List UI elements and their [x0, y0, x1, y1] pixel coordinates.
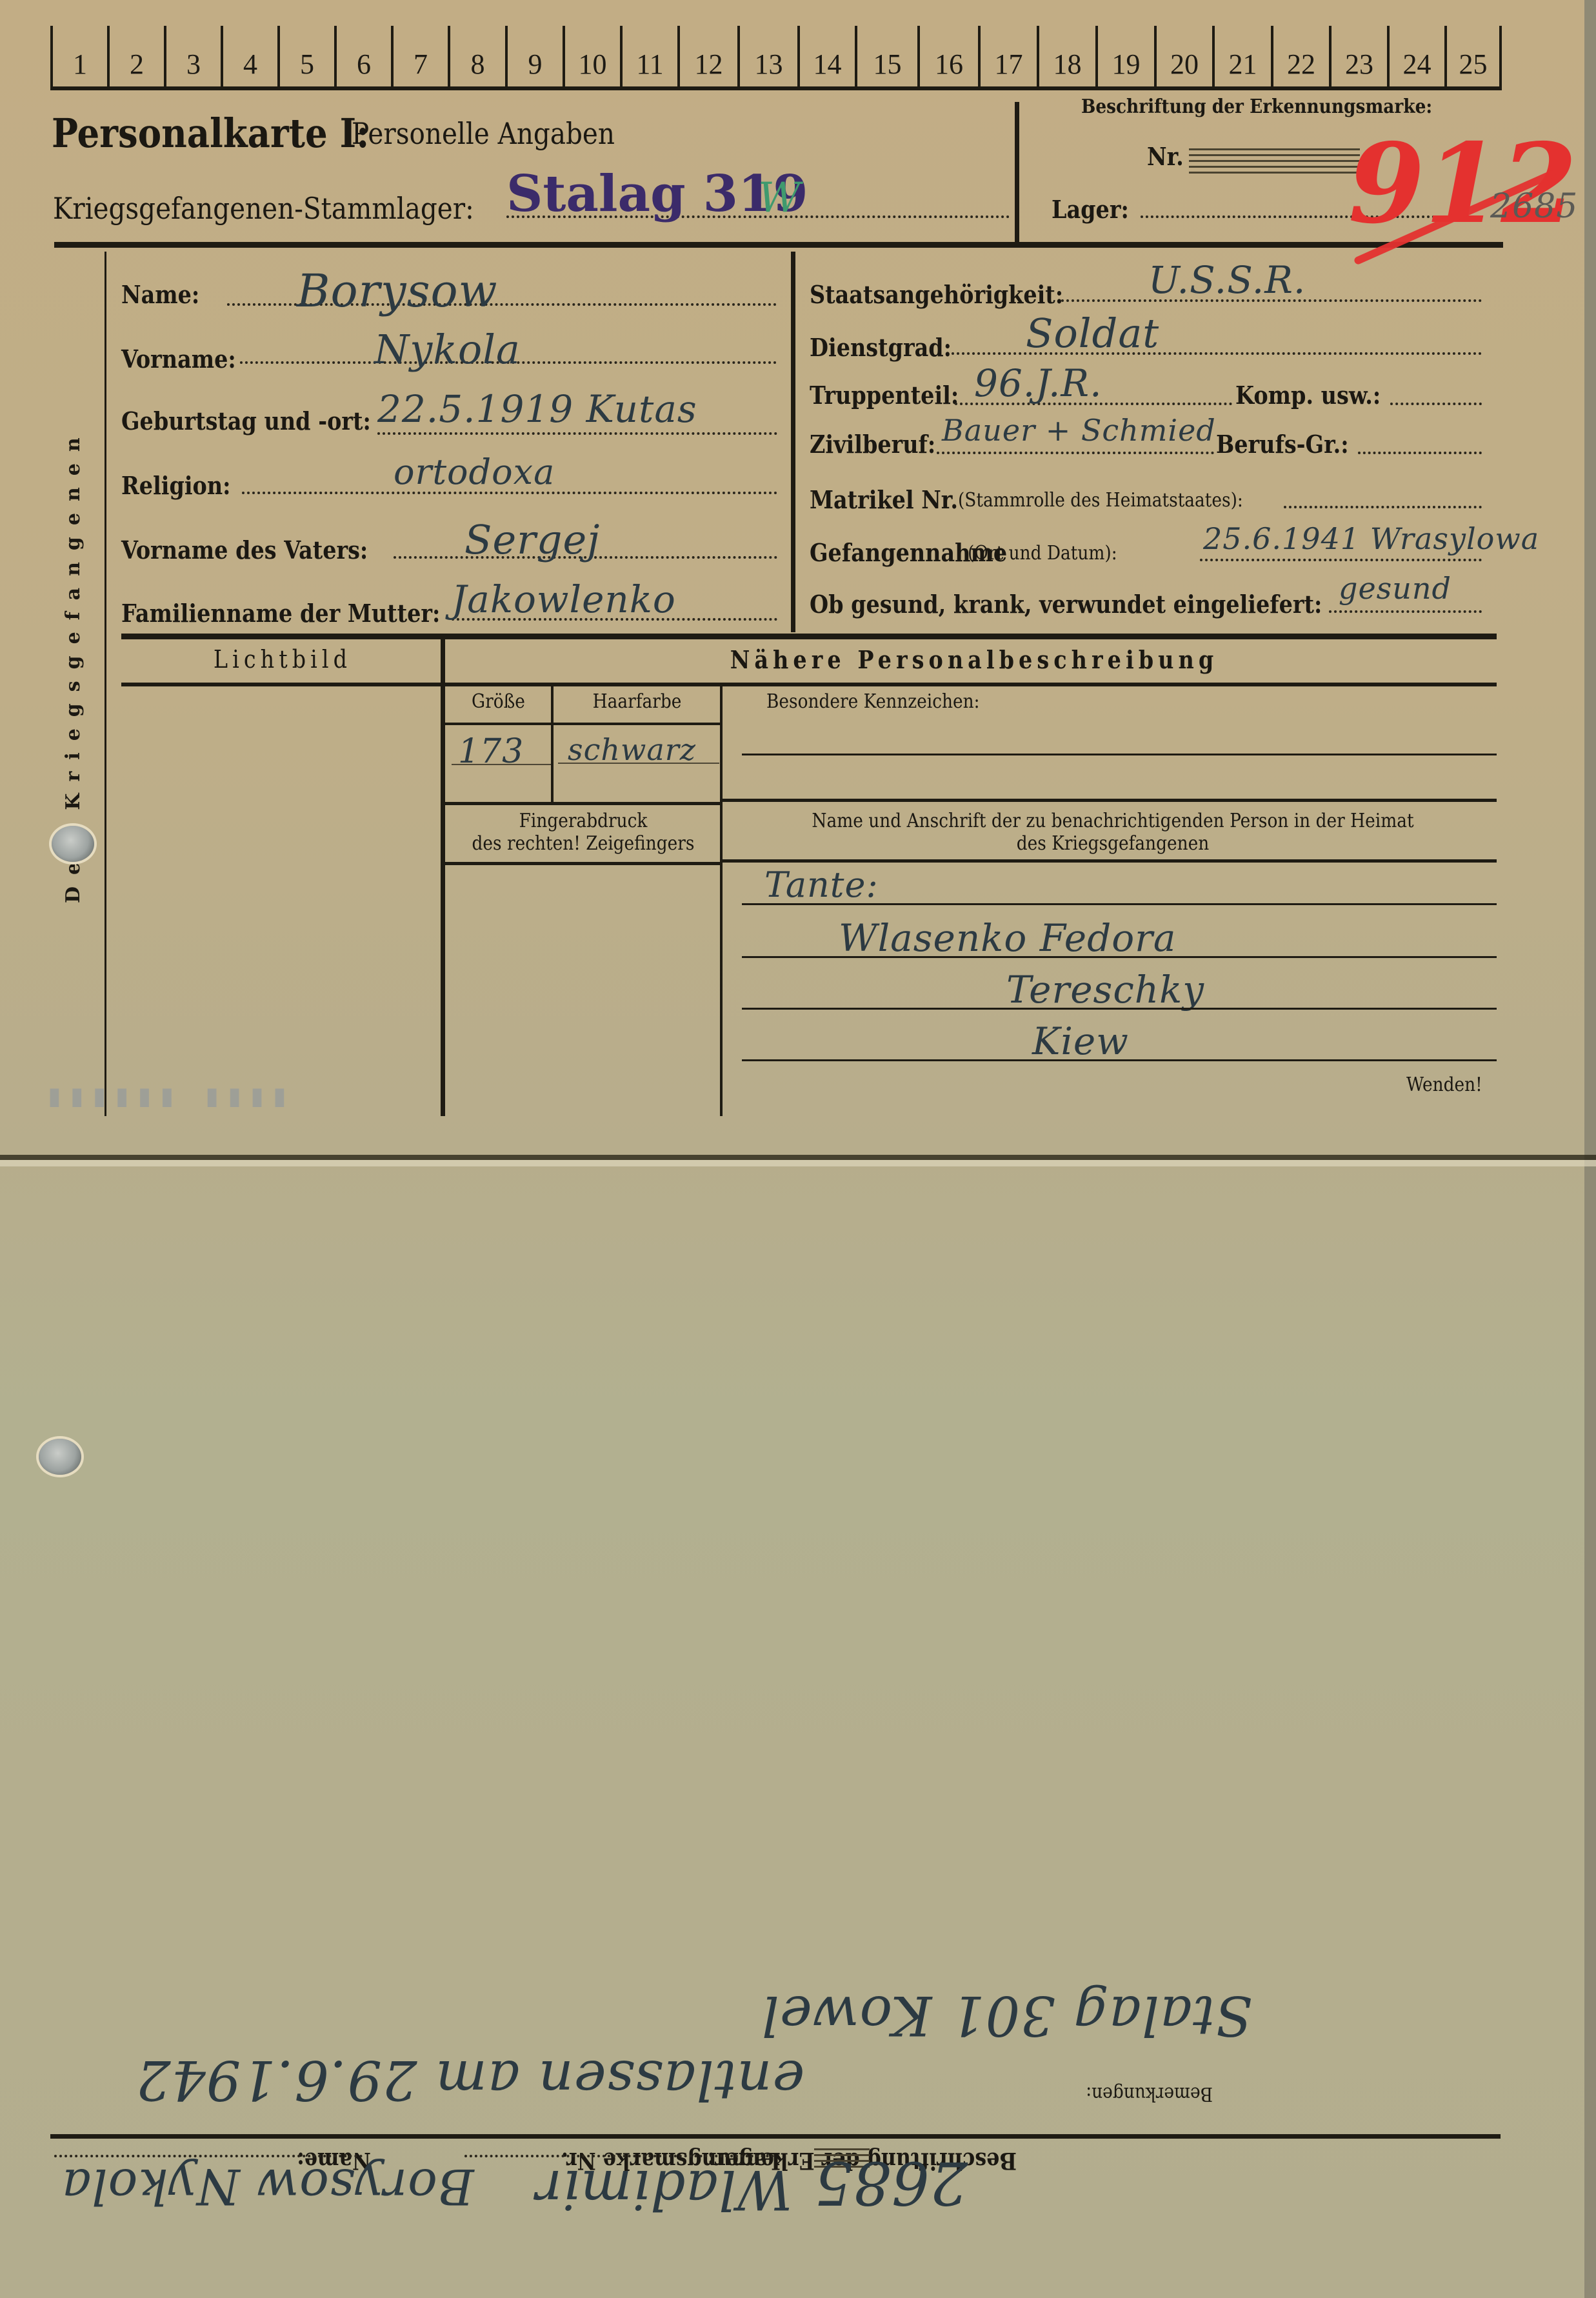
zivilberuf-dotted-line	[937, 452, 1214, 454]
matrikel-dotted-line	[1284, 506, 1482, 508]
geburt-label: Geburtstag und -ort:	[121, 406, 371, 435]
card-title: Personalkarte I:	[52, 110, 369, 157]
faded-stamp: ▮▮▮▮▮▮ ▮▮▮▮	[45, 1077, 293, 1114]
staat-label: Staatsangehörigkeit:	[810, 280, 1063, 309]
pencil-annotation: 2685	[1490, 187, 1578, 226]
kennzeichen-label: Besondere Kennzeichen:	[766, 690, 980, 713]
divider	[105, 252, 106, 1116]
contact-rule	[742, 1008, 1497, 1010]
zivilberuf-value: Bauer + Schmied	[942, 413, 1216, 448]
punch-hole	[52, 826, 94, 862]
divider	[1015, 102, 1019, 245]
camp-label: Kriegsgefangenen-Stammlager:	[53, 191, 474, 226]
column-number: 15	[855, 26, 917, 87]
divider	[445, 802, 721, 805]
geburt-value: 22.5.1919 Kutas	[377, 387, 697, 431]
divider	[50, 2134, 1501, 2139]
religion-value: ortodoxa	[394, 452, 555, 492]
column-number: 7	[391, 26, 448, 87]
naehere-label: Nähere Personalbeschreibung	[514, 645, 1434, 674]
fold-crease	[0, 1155, 1596, 1160]
komp-dotted-line	[1390, 403, 1482, 405]
divider	[445, 723, 721, 725]
contact-label-1: Name und Anschrift der zu benachrichtige…	[775, 810, 1450, 832]
gesund-label: Ob gesund, krank, verwundet eingeliefert…	[810, 590, 1322, 619]
contact-line: Tereschky	[1006, 968, 1204, 1012]
footer-name-value: Borysow Nykola	[61, 2158, 474, 2215]
haarfarbe-value: schwarz	[568, 732, 696, 767]
berufs-label: Berufs-Gr.:	[1216, 430, 1349, 459]
bemerkungen-label: Bemerkungen:	[1086, 2083, 1213, 2105]
contact-rule	[742, 956, 1497, 958]
gefangen-dotted-line	[1200, 559, 1482, 561]
finger-label-1: Fingerabdruck	[462, 810, 705, 832]
geburt-dotted-line	[377, 432, 777, 435]
vorname-label: Vorname:	[121, 345, 236, 374]
divider	[452, 764, 552, 765]
divider	[50, 86, 1502, 90]
contact-rule	[742, 1059, 1497, 1061]
punch-hole	[39, 1439, 81, 1475]
gefangen-value: 25.6.1941 Wrasylowa	[1203, 521, 1539, 556]
remark-stalag: Stalag 301 Kowel	[761, 1984, 1252, 2047]
fold-crease-highlight	[0, 1160, 1596, 1166]
column-number: 11	[620, 26, 677, 87]
column-number: 19	[1095, 26, 1154, 87]
haarfarbe-label: Haarfarbe	[564, 690, 709, 713]
contact-rule	[742, 903, 1497, 905]
matrikel-label: Matrikel Nr.	[810, 485, 958, 514]
scan-edge	[1584, 0, 1596, 2298]
contact-line: Tante:	[764, 864, 879, 905]
mutter-label: Familienname der Mutter:	[121, 599, 440, 628]
gesund-value: gesund	[1339, 571, 1451, 606]
wenden-label: Wenden!	[1406, 1074, 1482, 1096]
gefangen-sub-label: (Ort und Datum):	[968, 542, 1117, 565]
vater-label: Vorname des Vaters:	[121, 535, 368, 565]
column-number: 10	[563, 26, 620, 87]
divider	[723, 859, 1497, 863]
divider	[445, 862, 721, 865]
divider	[441, 639, 445, 1116]
column-number: 6	[334, 26, 391, 87]
divider	[791, 252, 795, 632]
footer-lager-value: Wladimir	[535, 2158, 793, 2221]
truppenteil-value: 96.J.R.	[974, 361, 1102, 405]
dogtag-lager-label: Lager:	[1052, 195, 1129, 224]
divider	[551, 686, 554, 804]
divider	[54, 242, 1503, 248]
column-number: 17	[978, 26, 1037, 87]
dienstgrad-value: Soldat	[1026, 310, 1159, 357]
column-number: 12	[677, 26, 737, 87]
column-number: 21	[1212, 26, 1271, 87]
column-number: 22	[1271, 26, 1329, 87]
column-number: 20	[1154, 26, 1212, 87]
column-number: 23	[1329, 26, 1387, 87]
contact-label-2: des Kriegsgefangenen	[775, 832, 1450, 855]
lichtbild-label: Lichtbild	[141, 645, 424, 674]
finger-label-2: des rechten! Zeigefingers	[462, 832, 705, 855]
staat-value: U.S.S.R.	[1148, 258, 1306, 302]
column-number: 13	[737, 26, 797, 87]
remark-entlassen: entlassen am 29.6.1942	[135, 2048, 804, 2112]
column-number: 3	[164, 26, 221, 87]
name-label: Name:	[121, 280, 199, 309]
mutter-value: Jakowlenko	[452, 577, 676, 621]
komp-label: Komp. usw.:	[1235, 381, 1381, 410]
vater-value: Sergej	[464, 516, 600, 563]
kennzeichen-line	[742, 754, 1497, 755]
column-number: 24	[1387, 26, 1444, 87]
column-number: 2	[107, 26, 164, 87]
vorname-value: Nykola	[374, 326, 521, 373]
berufs-dotted-line	[1358, 452, 1482, 454]
column-number: 14	[797, 26, 855, 87]
name-value: Borysow	[297, 265, 498, 317]
camp-stamp-suffix: W	[758, 174, 801, 222]
contact-line: Wlasenko Fedora	[839, 916, 1176, 960]
matrikel-sub-label: (Stammrolle des Heimatstaates):	[958, 489, 1243, 512]
column-number: 8	[448, 26, 505, 87]
pow-card: 1 2 3 4 5 6 7 8 9 10 11 12 13 14 15 16 1…	[0, 0, 1596, 2298]
red-annotation: 912	[1348, 119, 1577, 248]
groesse-value: 173	[458, 732, 524, 771]
column-number: 5	[277, 26, 334, 87]
footer-lager-dotted-line	[464, 2155, 774, 2157]
divider	[121, 683, 1497, 686]
groesse-label: Größe	[452, 690, 545, 713]
divider	[121, 634, 1497, 639]
footer-name-dotted-line	[54, 2155, 363, 2157]
gesund-dotted-line	[1329, 610, 1482, 613]
dogtag-heading: Beschriftung der Erkennungsmarke:	[1081, 95, 1432, 118]
card-subtitle: Personelle Angaben	[352, 116, 615, 151]
religion-label: Religion:	[121, 471, 231, 500]
dogtag-nr-label: Nr.	[1147, 142, 1184, 171]
contact-line: Kiew	[1032, 1019, 1129, 1063]
dogtag-nr-lines	[1189, 148, 1360, 174]
divider	[558, 763, 719, 764]
zivilberuf-label: Zivilberuf:	[810, 430, 935, 459]
column-number: 4	[221, 26, 277, 87]
dienstgrad-label: Dienstgrad:	[810, 333, 952, 362]
divider	[720, 686, 723, 1116]
column-number: 25	[1444, 26, 1502, 87]
column-number: 1	[50, 26, 107, 87]
column-number: 18	[1037, 26, 1095, 87]
divider	[723, 799, 1497, 802]
truppenteil-label: Truppenteil:	[810, 381, 959, 410]
column-number: 9	[505, 26, 563, 87]
footer-dogtag-value: 2685	[814, 2148, 968, 2217]
column-number: 16	[917, 26, 978, 87]
